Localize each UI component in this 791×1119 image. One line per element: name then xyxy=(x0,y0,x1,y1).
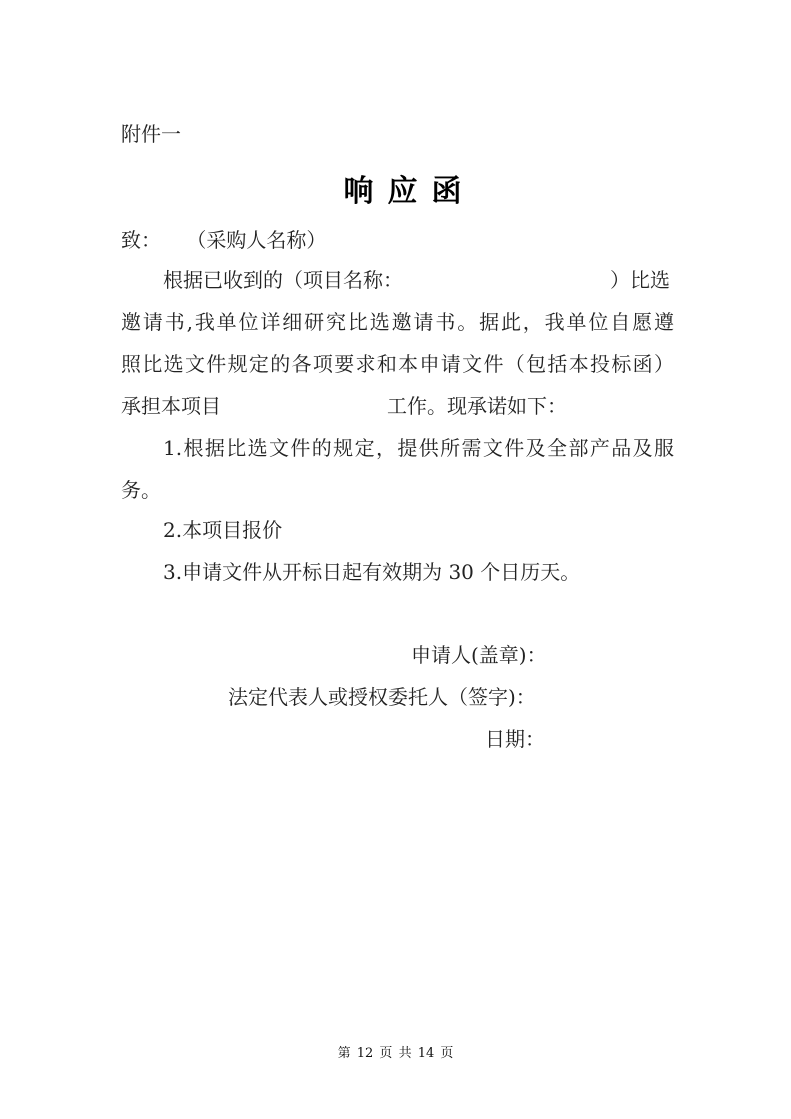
body-line-3: 照比选文件规定的各项要求和本申请文件（包括本投标函） xyxy=(121,352,674,376)
commitment-1-line-2: 务。 xyxy=(121,478,161,502)
body-line-4-end: 工作。现承诺如下： xyxy=(387,394,567,418)
recipient-line: 致： （采购人名称） xyxy=(121,228,326,252)
legal-representative-sign-label: 法定代表人或授权委托人（签字)： xyxy=(228,685,536,709)
body-line-1-end: ）比选 xyxy=(610,268,670,292)
commitment-2: 2.本项目报价 xyxy=(163,518,282,542)
body-line-2: 邀请书,我单位详细研究比选邀请书。据此，我单位自愿遵 xyxy=(121,310,674,334)
page-number-footer: 第 12 页 共 14 页 xyxy=(0,1042,791,1061)
commitment-3: 3.申请文件从开标日起有效期为 30 个日历天。 xyxy=(163,560,580,584)
body-line-4-start: 承担本项目 xyxy=(121,394,221,418)
commitment-1-line-1: 1.根据比选文件的规定，提供所需文件及全部产品及服 xyxy=(163,436,674,460)
date-label: 日期： xyxy=(485,727,545,751)
body-line-1-start: 根据已收到的（项目名称： xyxy=(163,268,403,292)
applicant-seal-label: 申请人(盖章)： xyxy=(411,643,547,667)
attachment-label: 附件一 xyxy=(121,122,181,146)
page-title: 响应函 xyxy=(0,166,791,210)
